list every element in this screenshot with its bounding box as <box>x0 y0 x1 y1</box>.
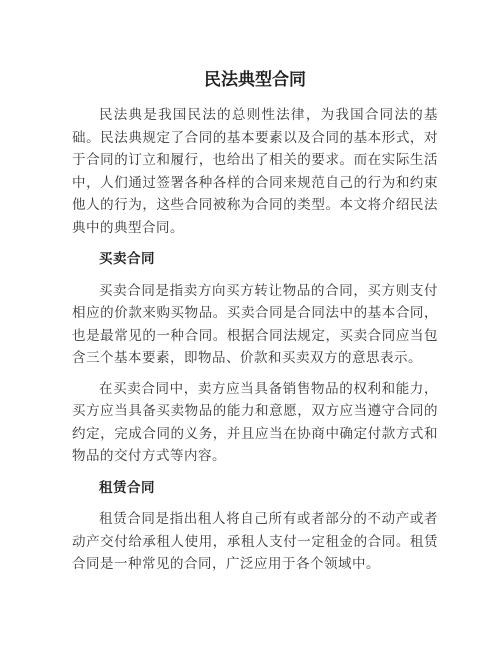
paragraph-sales-definition: 买卖合同是指卖方向买方转让物品的合同，买方则支付相应的价款来购买物品。买卖合同是… <box>72 280 438 370</box>
paragraph-lease-definition: 租赁合同是指出租人将自己所有或者部分的不动产或者动产交付给承租人使用，承租人支付… <box>72 508 438 576</box>
document-page: 民法典型合同 民法典是我国民法的总则性法律，为我国合同法的基础。民法典规定了合同… <box>0 0 500 647</box>
section-heading-lease-contract: 租赁合同 <box>72 477 438 500</box>
section-heading-sales-contract: 买卖合同 <box>72 248 438 271</box>
paragraph-intro: 民法典是我国民法的总则性法律，为我国合同法的基础。民法典规定了合同的基本要素以及… <box>72 104 438 239</box>
paragraph-sales-obligations: 在买卖合同中，卖方应当具备销售物品的权利和能力，买方应当具备买卖物品的能力和意愿… <box>72 378 438 468</box>
document-title: 民法典型合同 <box>72 68 438 92</box>
